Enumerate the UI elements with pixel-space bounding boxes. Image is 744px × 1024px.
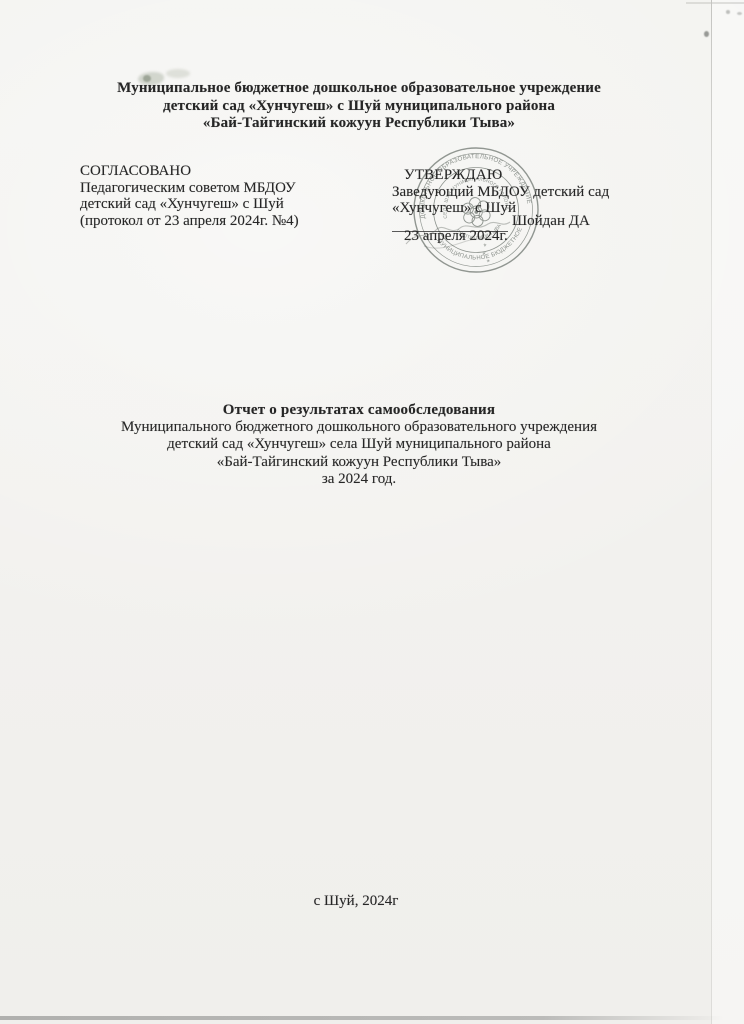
agreed-line: (протокол от 23 апреля 2024г. №4) [80, 213, 299, 230]
agreed-line: детский сад «Хунчугеш» с Шуй [80, 196, 299, 213]
scan-speck [704, 31, 709, 37]
approved-heading: УТВЕРЖДАЮ [404, 167, 503, 184]
agreed-block: СОГЛАСОВАНО Педагогическим советом МБДОУ… [80, 163, 299, 229]
report-title: Отчет о результатах самообследования [0, 402, 731, 419]
scan-smudge [166, 69, 190, 78]
org-name-line: «Бай-Тайгинский кожуун Республики Тыва» [0, 115, 731, 133]
place-and-year: с Шуй, 2024г [0, 893, 728, 910]
report-year-line: за 2024 год. [0, 471, 731, 488]
scan-fold-line-right [711, 0, 712, 1024]
scan-edge-line-top [686, 2, 744, 4]
handwritten-signature [398, 206, 568, 261]
agreed-line: Педагогическим советом МБДОУ [80, 180, 299, 197]
report-title-line: «Бай-Тайгинский кожуун Республики Тыва» [0, 454, 731, 471]
scan-edge-line-bottom [0, 1016, 724, 1020]
approved-line: Заведующий МБДОУ детский сад [392, 184, 609, 201]
report-title-block: Отчет о результатах самообследования Мун… [0, 402, 731, 488]
report-title-line: детский сад «Хунчугеш» села Шуй муниципа… [0, 436, 731, 453]
scan-edge-highlight [712, 0, 744, 1024]
agreed-heading: СОГЛАСОВАНО [80, 163, 299, 180]
scan-speck [737, 12, 742, 15]
scan-speck [726, 10, 730, 14]
organization-header: Муниципальное бюджетное дошкольное образ… [0, 80, 731, 133]
scanned-report-cover-page: Муниципальное бюджетное дошкольное образ… [0, 0, 744, 1024]
report-title-line: Муниципального бюджетного дошкольного об… [0, 419, 731, 436]
org-name-line: детский сад «Хунчугеш» с Шуй муниципальн… [0, 98, 731, 116]
org-name-line: Муниципальное бюджетное дошкольное образ… [0, 80, 731, 98]
